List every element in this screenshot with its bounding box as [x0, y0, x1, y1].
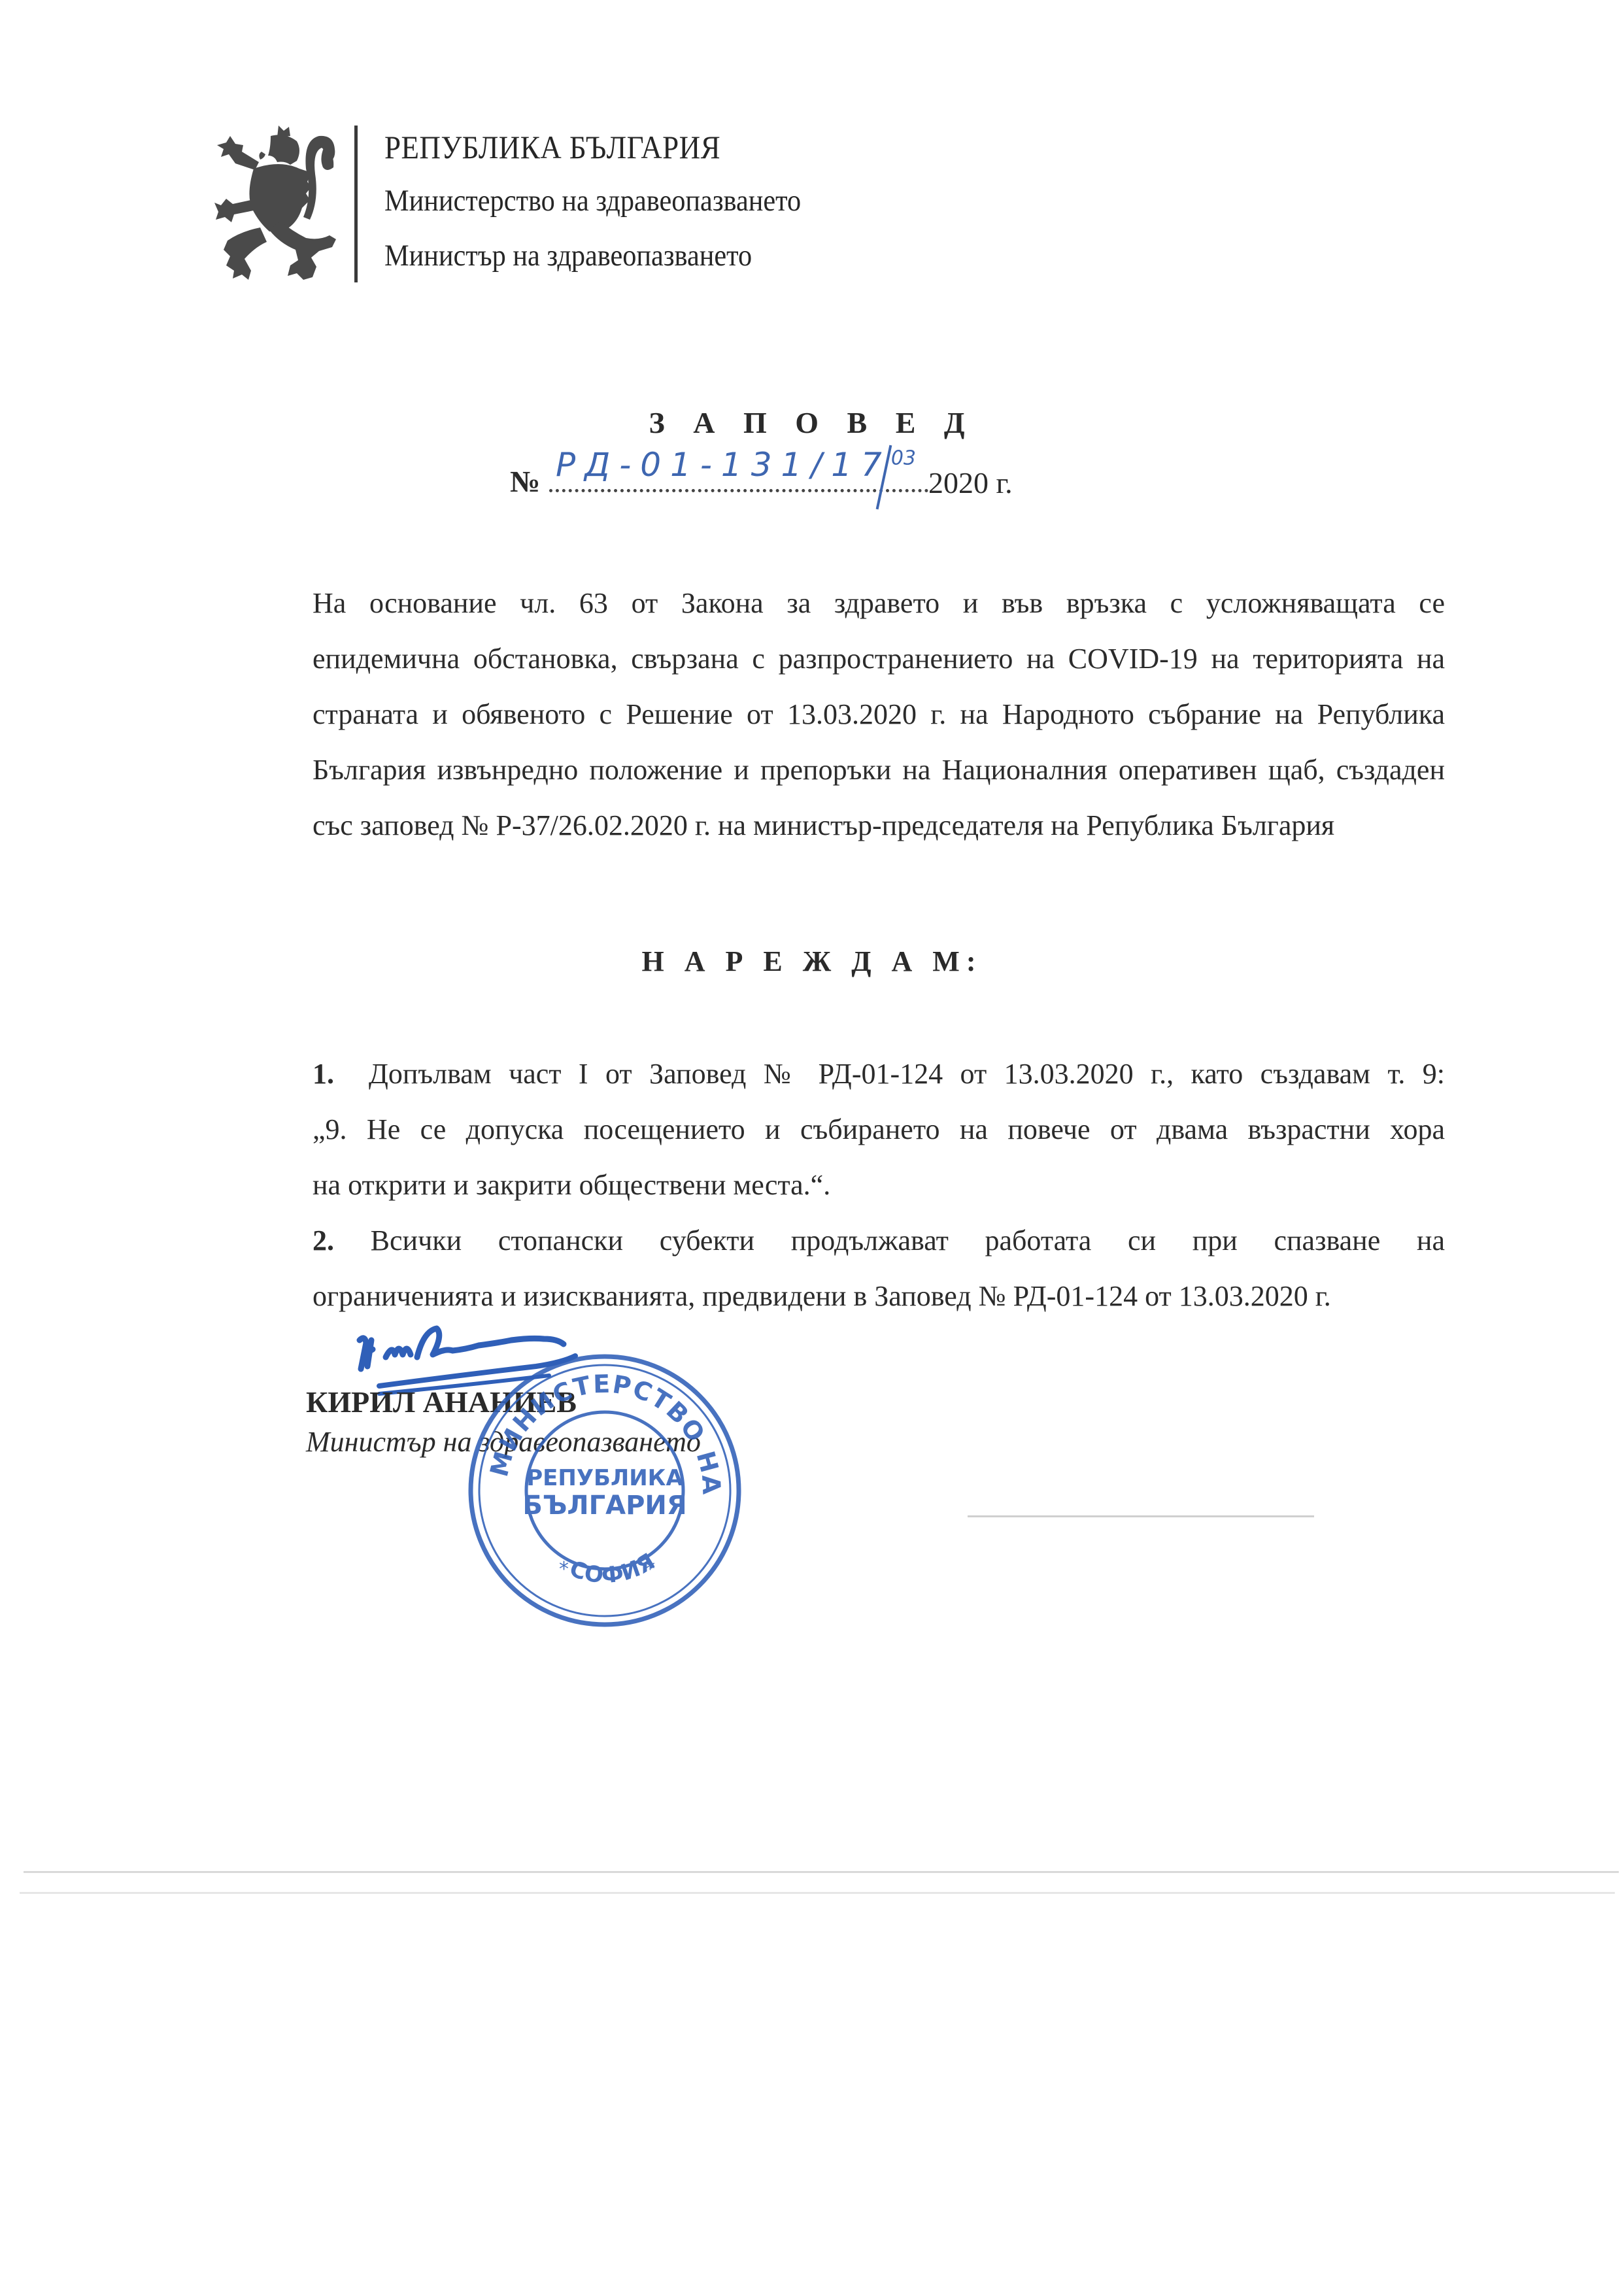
decree-item-line: „9. Не се допуска посещението и събиране… — [313, 1102, 1445, 1157]
stamp-star-right-icon: * — [645, 1558, 655, 1581]
stamp-center-line-1: РЕПУБЛИКА — [526, 1465, 683, 1491]
country-name: РЕПУБЛИКА БЪЛГАРИЯ — [384, 128, 720, 166]
document-title: З А П О В Е Д — [0, 405, 1624, 440]
letterhead-divider — [354, 126, 358, 282]
ministry-name: Министерство на здравеопазването — [384, 183, 801, 218]
preamble-line: епидемична обстановка, свързана с разпро… — [313, 631, 1445, 686]
document-page: РЕПУБЛИКА БЪЛГАРИЯ Министерство на здрав… — [0, 0, 1624, 2294]
scan-artifact-line — [24, 1871, 1619, 1873]
official-stamp: МИНИСТЕРСТВО НА ЗДРАВЕОПАЗВАНЕТО РЕПУБЛИ… — [461, 1347, 749, 1634]
handwritten-number-sup: 03 — [891, 447, 916, 469]
preamble-paragraph: На основание чл. 63 от Закона за здравет… — [313, 575, 1445, 853]
decree-item-number: 2. — [313, 1224, 371, 1257]
handwritten-number-main: РД-01-131/17 — [556, 446, 891, 484]
preamble-line: страната и обявеното с Решение от 13.03.… — [313, 686, 1445, 742]
decree-item-line: 1. Допълвам част I от Заповед № РД-01-12… — [313, 1046, 1445, 1102]
number-sign: № — [510, 464, 540, 499]
preamble-line: На основание чл. 63 от Закона за здравет… — [313, 575, 1445, 631]
handwritten-order-number: РД-01-131/1703 — [556, 446, 916, 484]
order-year: 2020 г. — [928, 465, 1013, 500]
decree-items: 1. Допълвам част I от Заповед № РД-01-12… — [313, 1046, 1445, 1324]
decree-item-line: на открити и закрити обществени места.“. — [313, 1157, 1445, 1213]
scan-artifact-line — [20, 1892, 1615, 1894]
bulgarian-lion-emblem-icon — [208, 123, 345, 294]
preamble-line: България извънредно положение и препорък… — [313, 742, 1445, 798]
preamble-line: със заповед № Р-37/26.02.2020 г. на мини… — [313, 798, 1445, 853]
order-number: № РД-01-131/1703 2020 г. — [510, 451, 1098, 503]
decree-heading: Н А Р Е Ж Д А М: — [0, 945, 1624, 978]
stamp-center-line-2: БЪЛГАРИЯ — [522, 1491, 686, 1521]
office-name: Министър на здравеопазването — [384, 238, 752, 273]
decree-item-number: 1. — [313, 1058, 369, 1090]
decree-item-line: ограниченията и изискванията, предвидени… — [313, 1268, 1445, 1324]
decree-item-line: 2. Всички стопански субекти продължават … — [313, 1213, 1445, 1268]
stamp-star-left-icon: * — [559, 1558, 569, 1581]
scan-artifact-line — [968, 1515, 1314, 1517]
